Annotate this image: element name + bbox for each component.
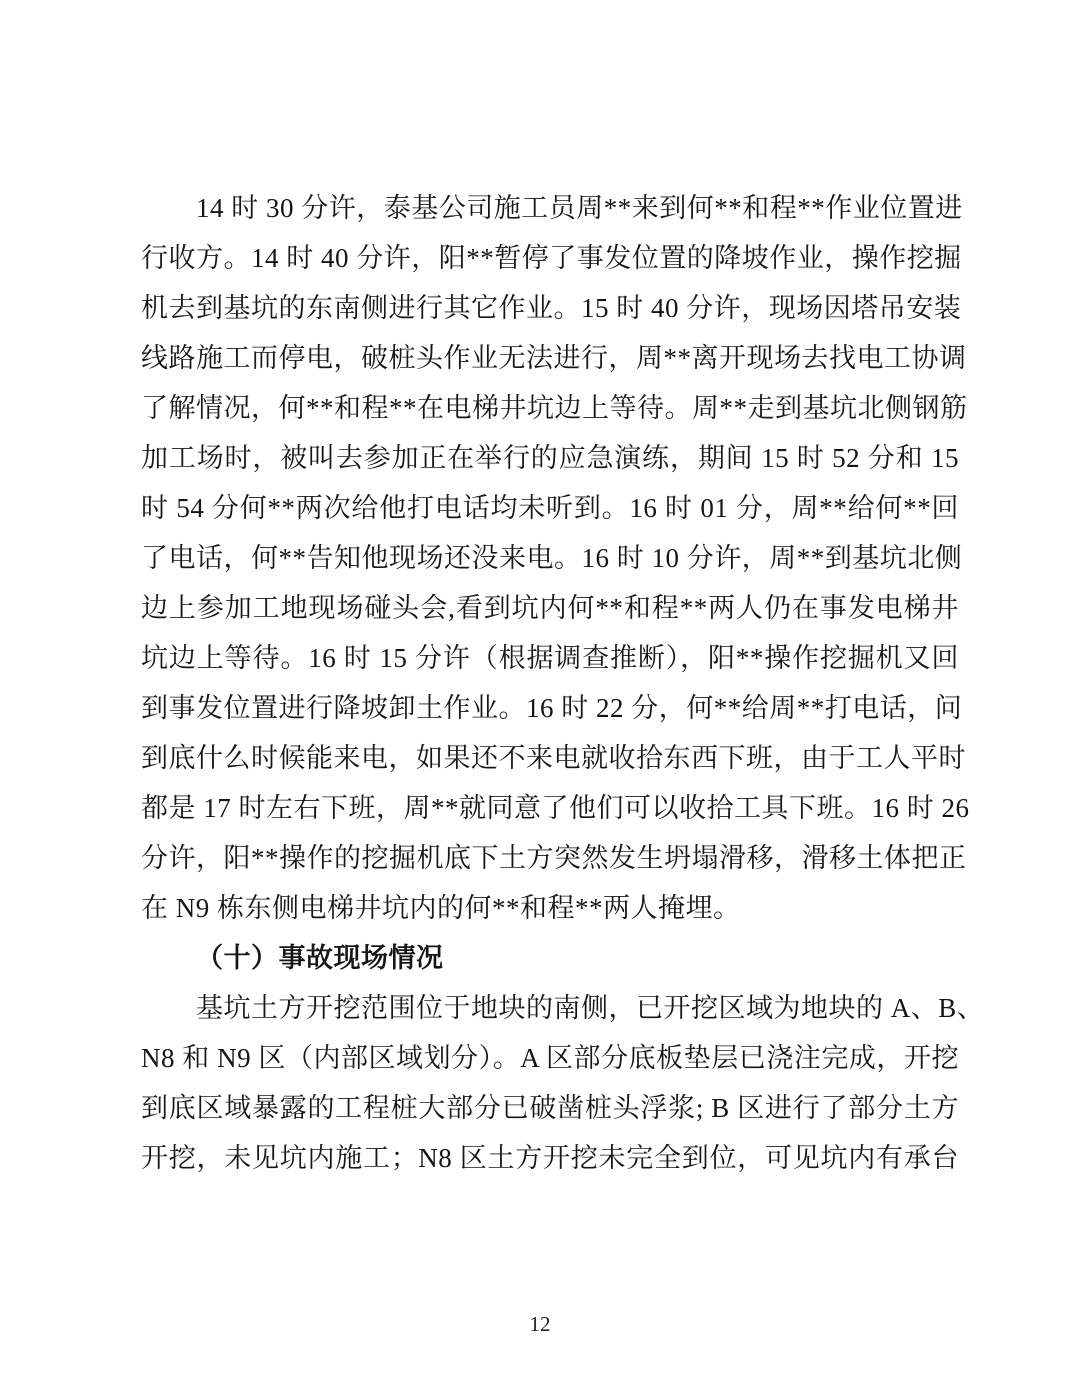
text-line: 坑边上等待。16 时 15 分许（根据调查推断），阳**操作挖掘机又回 xyxy=(141,633,959,683)
text-line: 到事发位置进行降坡卸土作业。16 时 22 分，何**给周**打电话，问 xyxy=(141,683,959,733)
text-line: 机去到基坑的东南侧进行其它作业。15 时 40 分许，现场因塔吊安装 xyxy=(141,283,959,333)
text-line: 分许，阳**操作的挖掘机底下土方突然发生坍塌滑移，滑移土体把正 xyxy=(141,833,959,883)
text-line: 开挖，未见坑内施工；N8 区土方开挖未完全到位，可见坑内有承台 xyxy=(141,1133,959,1183)
page-number: 12 xyxy=(0,1308,1080,1340)
document-text: 14 时 30 分许，泰基公司施工员周**来到何**和程**作业位置进行收方。1… xyxy=(141,183,959,1183)
text-line: 了电话，何**告知他现场还没来电。16 时 10 分许，周**到基坑北侧 xyxy=(141,533,959,583)
text-line: 到底区域暴露的工程桩大部分已破凿桩头浮浆; B 区进行了部分土方 xyxy=(141,1083,959,1133)
text-line: 基坑土方开挖范围位于地块的南侧，已开挖区域为地块的 A、B、 xyxy=(141,983,959,1033)
text-line: 都是 17 时左右下班，周**就同意了他们可以收拾工具下班。16 时 26 xyxy=(141,783,959,833)
section-heading: （十）事故现场情况 xyxy=(141,933,959,983)
text-line: 时 54 分何**两次给他打电话均未听到。16 时 01 分，周**给何**回 xyxy=(141,483,959,533)
text-line: 行收方。14 时 40 分许，阳**暂停了事发位置的降坡作业，操作挖掘 xyxy=(141,233,959,283)
text-line: 了解情况，何**和程**在电梯井坑边上等待。周**走到基坑北侧钢筋 xyxy=(141,383,959,433)
text-line: N8 和 N9 区（内部区域划分）。A 区部分底板垫层已浇注完成，开挖 xyxy=(141,1033,959,1083)
text-line: 边上参加工地现场碰头会,看到坑内何**和程**两人仍在事发电梯井 xyxy=(141,583,959,633)
text-line: 在 N9 栋东侧电梯井坑内的何**和程**两人掩埋。 xyxy=(141,883,959,933)
text-line: 14 时 30 分许，泰基公司施工员周**来到何**和程**作业位置进 xyxy=(141,183,959,233)
text-line: 线路施工而停电，破桩头作业无法进行，周**离开现场去找电工协调 xyxy=(141,333,959,383)
text-line: 加工场时，被叫去参加正在举行的应急演练，期间 15 时 52 分和 15 xyxy=(141,433,959,483)
text-line: 到底什么时候能来电，如果还不来电就收拾东西下班，由于工人平时 xyxy=(141,733,959,783)
document-page: 14 时 30 分许，泰基公司施工员周**来到何**和程**作业位置进行收方。1… xyxy=(0,0,1080,1398)
